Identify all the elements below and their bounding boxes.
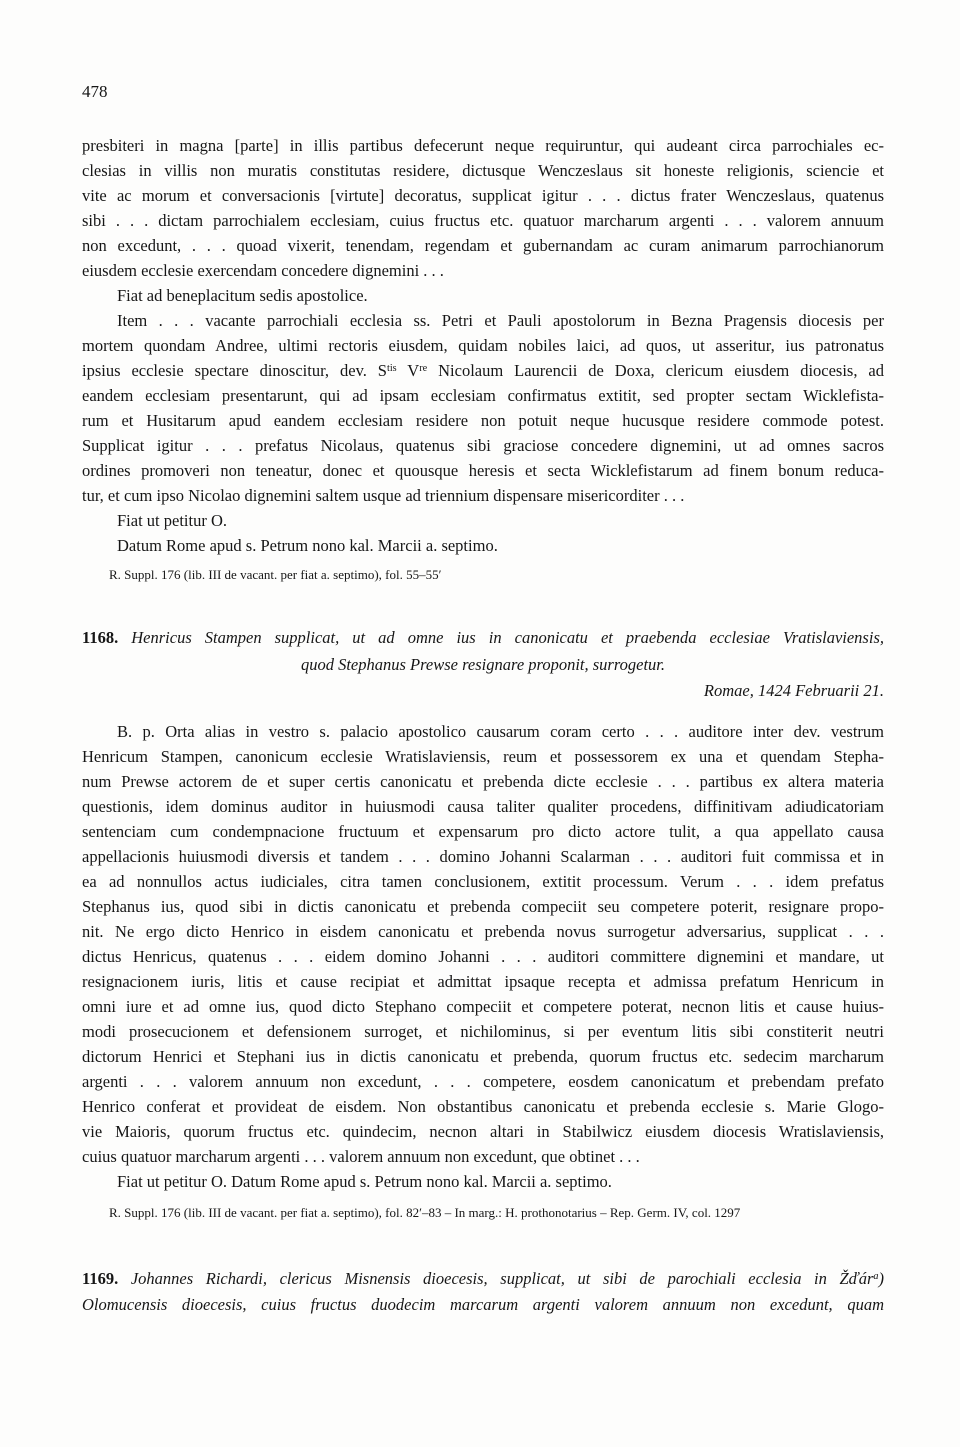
text-line: num Prewse actorem de et super certis ca…: [82, 769, 884, 794]
text-line: dictus Henricus, quatenus . . . eidem do…: [82, 944, 884, 969]
text-run: argenti . . . valorem annuum non excedun…: [82, 1072, 884, 1091]
text-run: ea ad nonnullos actus iudiciales, citra …: [82, 872, 884, 891]
text-run: sibi . . . dictam parrochialem ecclesiam…: [82, 211, 884, 230]
entry-heading-text: Johannes Richardi, clericus Misnensis di…: [118, 1269, 873, 1288]
text-run: Item . . . vacante parrochiali ecclesia …: [117, 311, 884, 330]
text-run: rum et Husitarum apud eandem ecclesiam r…: [82, 411, 884, 430]
text-run: Stephanus ius, quod sibi in dictis canon…: [82, 897, 884, 916]
text-run: clesias in villis non muratis constituta…: [82, 161, 884, 180]
text-line: B. p. Orta alias in vestro s. palacio ap…: [82, 719, 884, 744]
text-run: Fiat ad beneplacitum sedis apostolice.: [117, 286, 368, 305]
text-run: ipsius ecclesie spectare dinoscitur, dev…: [82, 361, 387, 380]
text-run: Fiat ut petitur O.: [117, 511, 227, 530]
text-run: vite ac morum et conversacionis [virtute…: [82, 186, 884, 205]
text-run: questionis, idem dominus auditor in huiu…: [82, 797, 884, 816]
text-line: ordines promoveri non teneatur, donec et…: [82, 458, 884, 483]
text-line: cuius quatuor marcharum argenti . . . va…: [82, 1144, 884, 1169]
text-line: Item . . . vacante parrochiali ecclesia …: [82, 308, 884, 333]
text-line: Stephanus ius, quod sibi in dictis canon…: [82, 894, 884, 919]
entry-number: 1168.: [82, 628, 118, 647]
text-line: Fiat ut petitur O.: [82, 508, 884, 533]
text-line: Fiat ad beneplacitum sedis apostolice.: [82, 283, 884, 308]
text-run: Henricum Stampen, canonicum ecclesie Wra…: [82, 747, 884, 766]
text-line: sentenciam cum condempnacione fructuum e…: [82, 819, 884, 844]
text-line: ipsius ecclesie spectare dinoscitur, dev…: [82, 358, 884, 383]
text-run: Datum Rome apud s. Petrum nono kal. Marc…: [117, 536, 498, 555]
entry-1169: 1169. Johannes Richardi, clericus Misnen…: [82, 1266, 884, 1319]
footnote-mark: a: [873, 1271, 878, 1282]
text-run: sentenciam cum condempnacione fructuum e…: [82, 822, 884, 841]
text-line: Supplicat igitur . . . prefatus Nicolaus…: [82, 433, 884, 458]
text-line: non excedunt, . . . quoad vixerit, tenen…: [82, 233, 884, 258]
text-line: resignacionem iuris, litis et cause reci…: [82, 969, 884, 994]
continuation-text-block: presbiteri in magna [parte] in illis par…: [82, 133, 884, 558]
text-run: Nicolaum Laurencii de Doxa, clericum eiu…: [427, 361, 884, 380]
text-line: Henricum Stampen, canonicum ecclesie Wra…: [82, 744, 884, 769]
source-note: R. Suppl. 176 (lib. III de vacant. per f…: [82, 1205, 884, 1221]
footnote-paren: ): [879, 1269, 885, 1288]
text-line: sibi . . . dictam parrochialem ecclesiam…: [82, 208, 884, 233]
entry-heading-line-2: Olomucensis dioecesis, cuius fructus duo…: [82, 1292, 884, 1319]
entry-heading-line-1: 1169. Johannes Richardi, clericus Misnen…: [82, 1266, 884, 1293]
text-line: mortem quondam Andree, ultimi rectoris e…: [82, 333, 884, 358]
text-run: dictorum Henrici et Stephani ius in dict…: [82, 1047, 884, 1066]
entry-body-text: B. p. Orta alias in vestro s. palacio ap…: [82, 719, 884, 1194]
entry-number: 1169.: [82, 1269, 118, 1288]
text-run: appellacionis huiusmodi diversis et tand…: [82, 847, 884, 866]
text-line: eiusdem ecclesie exercendam concedere di…: [82, 258, 884, 283]
text-run: Fiat ut petitur O. Datum Rome apud s. Pe…: [117, 1172, 612, 1191]
text-line: omni iure et ad omne ius, quod dicto Ste…: [82, 994, 884, 1019]
scanned-book-page: 478 presbiteri in magna [parte] in illis…: [0, 0, 960, 1447]
text-line: vite ac morum et conversacionis [virtute…: [82, 183, 884, 208]
entry-dateline: Romae, 1424 Februarii 21.: [82, 678, 884, 705]
text-line: Datum Rome apud s. Petrum nono kal. Marc…: [82, 533, 884, 558]
superscript-abbreviation: re: [419, 363, 427, 374]
text-line: tur, et cum ipso Nicolao dignemini salte…: [82, 483, 884, 508]
text-run: cuius quatuor marcharum argenti . . . va…: [82, 1147, 640, 1166]
text-line: dictorum Henrici et Stephani ius in dict…: [82, 1044, 884, 1069]
entry-heading-line-2: quod Stephanus Prewse resignare proponit…: [82, 652, 884, 679]
text-run: dictus Henricus, quatenus . . . eidem do…: [82, 947, 884, 966]
entry-heading-text: Henricus Stampen supplicat, ut ad omne i…: [118, 628, 884, 647]
text-run: resignacionem iuris, litis et cause reci…: [82, 972, 884, 991]
text-line: vie Maioris, quorum fructus etc. quindec…: [82, 1119, 884, 1144]
text-line: ea ad nonnullos actus iudiciales, citra …: [82, 869, 884, 894]
entry-1168: 1168. Henricus Stampen supplicat, ut ad …: [82, 625, 884, 1221]
entry-heading-line-1: 1168. Henricus Stampen supplicat, ut ad …: [82, 625, 884, 652]
text-run: V: [397, 361, 420, 380]
source-note: R. Suppl. 176 (lib. III de vacant. per f…: [82, 567, 884, 583]
text-run: B. p. Orta alias in vestro s. palacio ap…: [117, 722, 884, 741]
text-run: mortem quondam Andree, ultimi rectoris e…: [82, 336, 884, 355]
page-number: 478: [82, 82, 884, 102]
text-run: eandem ecclesiam presentarunt, qui ad ip…: [82, 386, 884, 405]
text-run: nit. Ne ergo dicto Henrico in eisdem can…: [82, 922, 884, 941]
text-run: ordines promoveri non teneatur, donec et…: [82, 461, 884, 480]
text-line: eandem ecclesiam presentarunt, qui ad ip…: [82, 383, 884, 408]
text-run: num Prewse actorem de et super certis ca…: [82, 772, 884, 791]
text-run: presbiteri in magna [parte] in illis par…: [82, 136, 884, 155]
text-run: vie Maioris, quorum fructus etc. quindec…: [82, 1122, 884, 1141]
text-line: appellacionis huiusmodi diversis et tand…: [82, 844, 884, 869]
text-run: non excedunt, . . . quoad vixerit, tenen…: [82, 236, 884, 255]
text-line: clesias in villis non muratis constituta…: [82, 158, 884, 183]
text-line: argenti . . . valorem annuum non excedun…: [82, 1069, 884, 1094]
text-line: Fiat ut petitur O. Datum Rome apud s. Pe…: [82, 1169, 884, 1194]
text-run: Henrico conferat et provideat de eisdem.…: [82, 1097, 884, 1116]
text-line: questionis, idem dominus auditor in huiu…: [82, 794, 884, 819]
text-run: eiusdem ecclesie exercendam concedere di…: [82, 261, 444, 280]
text-run: Supplicat igitur . . . prefatus Nicolaus…: [82, 436, 884, 455]
text-line: presbiteri in magna [parte] in illis par…: [82, 133, 884, 158]
superscript-abbreviation: tis: [387, 363, 397, 374]
text-run: tur, et cum ipso Nicolao dignemini salte…: [82, 486, 684, 505]
text-run: omni iure et ad omne ius, quod dicto Ste…: [82, 997, 884, 1016]
text-line: Henrico conferat et provideat de eisdem.…: [82, 1094, 884, 1119]
text-line: modi prosecucionem et defensionem surrog…: [82, 1019, 884, 1044]
text-line: rum et Husitarum apud eandem ecclesiam r…: [82, 408, 884, 433]
text-run: modi prosecucionem et defensionem surrog…: [82, 1022, 884, 1041]
text-line: nit. Ne ergo dicto Henrico in eisdem can…: [82, 919, 884, 944]
